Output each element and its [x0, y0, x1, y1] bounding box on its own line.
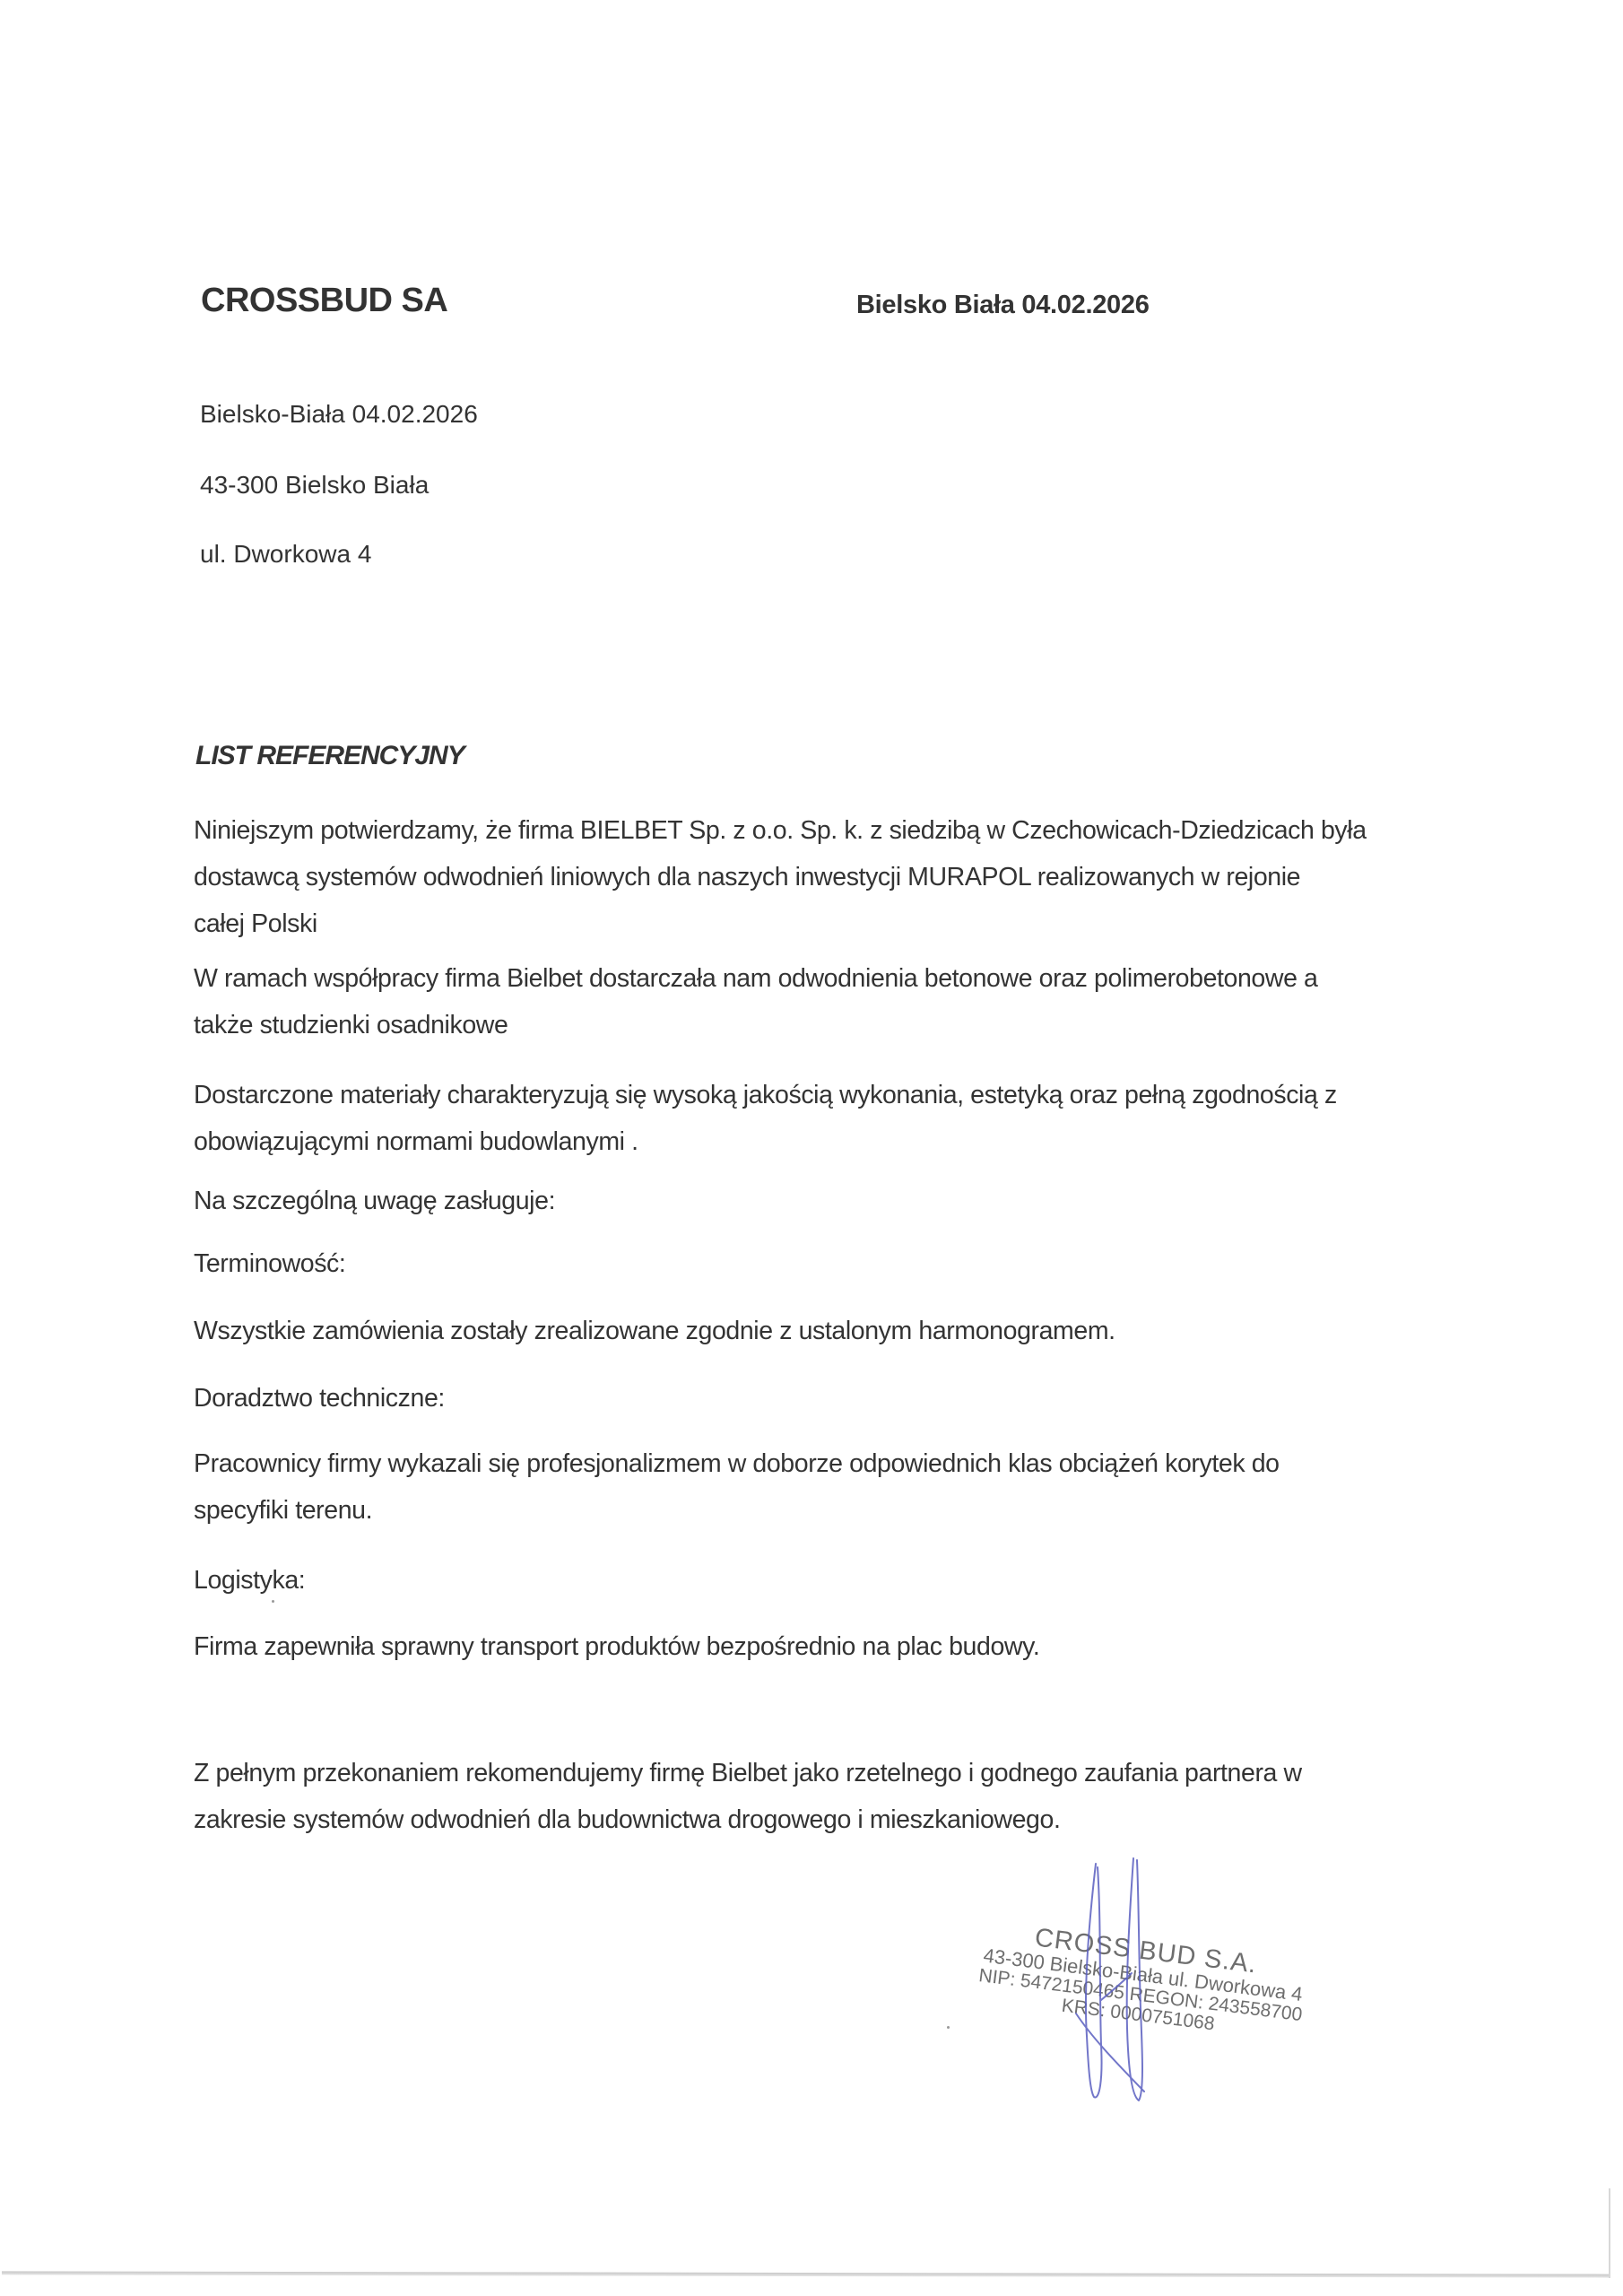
text-line: dostawcą systemów odwodnień liniowych dl… [194, 854, 1467, 900]
highlight-intro: Na szczególną uwagę zasługuje: [194, 1178, 1467, 1224]
section-text-technical-advice: Pracownicy firmy wykazali się profesjona… [194, 1440, 1467, 1534]
scan-edge-bottom [2, 2271, 1610, 2277]
sender-street: ul. Dworkowa 4 [200, 540, 371, 569]
text-line: Na szczególną uwagę zasługuje: [194, 1178, 1467, 1224]
paragraph-quality: Dostarczone materiały charakteryzują się… [194, 1072, 1467, 1165]
paragraph-intro: Niniejszym potwierdzamy, że firma BIELBE… [194, 807, 1467, 947]
section-text-logistics: Firma zapewniła sprawny transport produk… [194, 1623, 1467, 1670]
handwritten-signature [1058, 1857, 1202, 2117]
text-line: Firma zapewniła sprawny transport produk… [194, 1623, 1467, 1670]
paragraph-cooperation: W ramach współpracy firma Bielbet dostar… [194, 955, 1467, 1048]
text-line: W ramach współpracy firma Bielbet dostar… [194, 955, 1467, 1002]
section-heading-timeliness: Terminowość: [194, 1240, 1467, 1287]
text-line: Pracownicy firmy wykazali się profesjona… [194, 1440, 1467, 1487]
section-heading-technical-advice: Doradztwo techniczne: [194, 1375, 1467, 1422]
letter-page: CROSSBUD SA Bielsko Biała 04.02.2026 Bie… [0, 0, 1623, 2296]
text-line: całej Polski [194, 900, 1467, 947]
section-heading: Logistyka: [194, 1557, 1467, 1604]
section-heading-logistics: Logistyka: [194, 1557, 1467, 1604]
text-line: specyfiki terenu. [194, 1487, 1467, 1534]
text-line: Niniejszym potwierdzamy, że firma BIELBE… [194, 807, 1467, 854]
text-line: obowiązującymi normami budowlanymi . [194, 1118, 1467, 1165]
text-line: Z pełnym przekonaniem rekomendujemy firm… [194, 1750, 1467, 1796]
text-line: także studzienki osadnikowe [194, 1002, 1467, 1048]
section-heading: Doradztwo techniczne: [194, 1375, 1467, 1422]
scan-speck [947, 2026, 950, 2029]
section-heading: Terminowość: [194, 1240, 1467, 1287]
scan-speck [272, 1600, 274, 1603]
company-name: CROSSBUD SA [201, 282, 447, 320]
sender-postal-city: 43-300 Bielsko Biała [200, 471, 429, 500]
scan-edge-right [1609, 2188, 1610, 2278]
paragraph-closing: Z pełnym przekonaniem rekomendujemy firm… [194, 1750, 1467, 1843]
document-title: LIST REFERENCYJNY [195, 741, 464, 771]
sender-date-line: Bielsko-Biała 04.02.2026 [200, 400, 478, 429]
text-line: zakresie systemów odwodnień dla budownic… [194, 1796, 1467, 1843]
text-line: Wszystkie zamówienia zostały zrealizowan… [194, 1308, 1467, 1354]
section-text-timeliness: Wszystkie zamówienia zostały zrealizowan… [194, 1308, 1467, 1354]
place-and-date: Bielsko Biała 04.02.2026 [856, 291, 1150, 320]
text-line: Dostarczone materiały charakteryzują się… [194, 1072, 1467, 1118]
